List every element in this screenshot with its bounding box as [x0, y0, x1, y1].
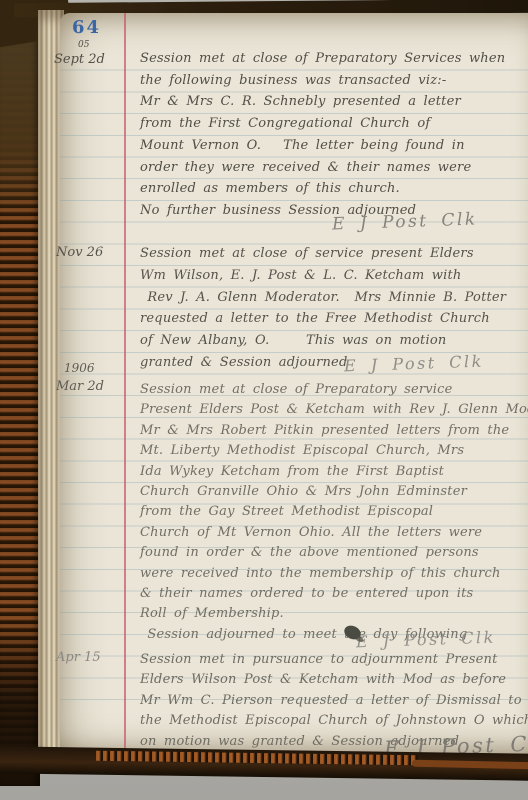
handwritten-line: Mr & Mrs C. R. Schnebly presented a lett…: [140, 91, 528, 113]
handwritten-line: the following business was transacted vi…: [140, 70, 528, 92]
handwritten-line: Ida Wykey Ketcham from the First Baptist: [140, 462, 528, 482]
handwritten-line: Church Granville Ohio & Mrs John Edminst…: [140, 482, 528, 502]
handwritten-line: from the Gay Street Methodist Episcopal: [140, 502, 528, 522]
handwritten-line: found in order & the above mentioned per…: [140, 543, 528, 563]
handwritten-line: requested a letter to the Free Methodist…: [140, 308, 528, 330]
entries: 05Sept 2dSession met at close of Prepara…: [0, 0, 528, 800]
entry-body: Session met at close of Preparatory Serv…: [140, 48, 528, 222]
entry-year: 1906: [64, 361, 95, 375]
handwritten-line: Wm Wilson, E. J. Post & L. C. Ketcham wi…: [140, 265, 528, 287]
scanned-ledger-photo: 64 05Sept 2dSession met at close of Prep…: [0, 0, 528, 800]
handwritten-line: Elders Wilson Post & Ketcham with Mod as…: [140, 670, 528, 690]
entry-date: Mar 2d: [56, 379, 104, 394]
handwritten-line: Mr Wm C. Pierson requested a letter of D…: [140, 691, 528, 711]
entry-date: Sept 2d: [54, 52, 105, 67]
handwritten-line: Mt. Liberty Methodist Episcopal Church, …: [140, 441, 528, 461]
handwritten-line: were received into the membership of thi…: [140, 564, 528, 584]
handwritten-line: Church of Mt Vernon Ohio. All the letter…: [140, 523, 528, 543]
entry-year-superscript: 05: [78, 40, 89, 50]
handwritten-line: Session met at close of service present …: [140, 243, 528, 265]
handwritten-line: from the First Congregational Church of: [140, 113, 528, 135]
handwritten-line: Rev J. A. Glenn Moderator. Mrs Minnie B.…: [140, 287, 528, 309]
handwritten-line: order they were received & their names w…: [140, 157, 528, 179]
handwritten-line: Session met in pursuance to adjournment …: [140, 650, 528, 670]
handwritten-line: Session met at close of Preparatory Serv…: [140, 48, 528, 70]
handwritten-line: of New Albany, O. This was on motion: [140, 330, 528, 352]
clerk-signature: E J Post Clk: [332, 209, 478, 234]
handwritten-line: Session met at close of Preparatory serv…: [140, 380, 528, 400]
handwritten-line: & their names ordered to be entered upon…: [140, 584, 528, 604]
handwritten-line: Mr & Mrs Robert Pitkin presented letters…: [140, 421, 528, 441]
handwritten-line: the Methodist Episcopal Church of Johnst…: [140, 711, 528, 731]
entry-date: Nov 26: [56, 245, 103, 260]
handwritten-line: Roll of Membership.: [140, 604, 528, 624]
clerk-signature: E J Post Clk: [356, 628, 496, 652]
entry-date: Apr 15: [56, 650, 101, 665]
entry-body: Session met at close of Preparatory serv…: [140, 380, 528, 645]
handwritten-line: enrolled as members of this church.: [140, 178, 528, 200]
handwritten-line: Mount Vernon O. The letter being found i…: [140, 135, 528, 157]
handwritten-line: Present Elders Post & Ketcham with Rev J…: [140, 400, 528, 420]
